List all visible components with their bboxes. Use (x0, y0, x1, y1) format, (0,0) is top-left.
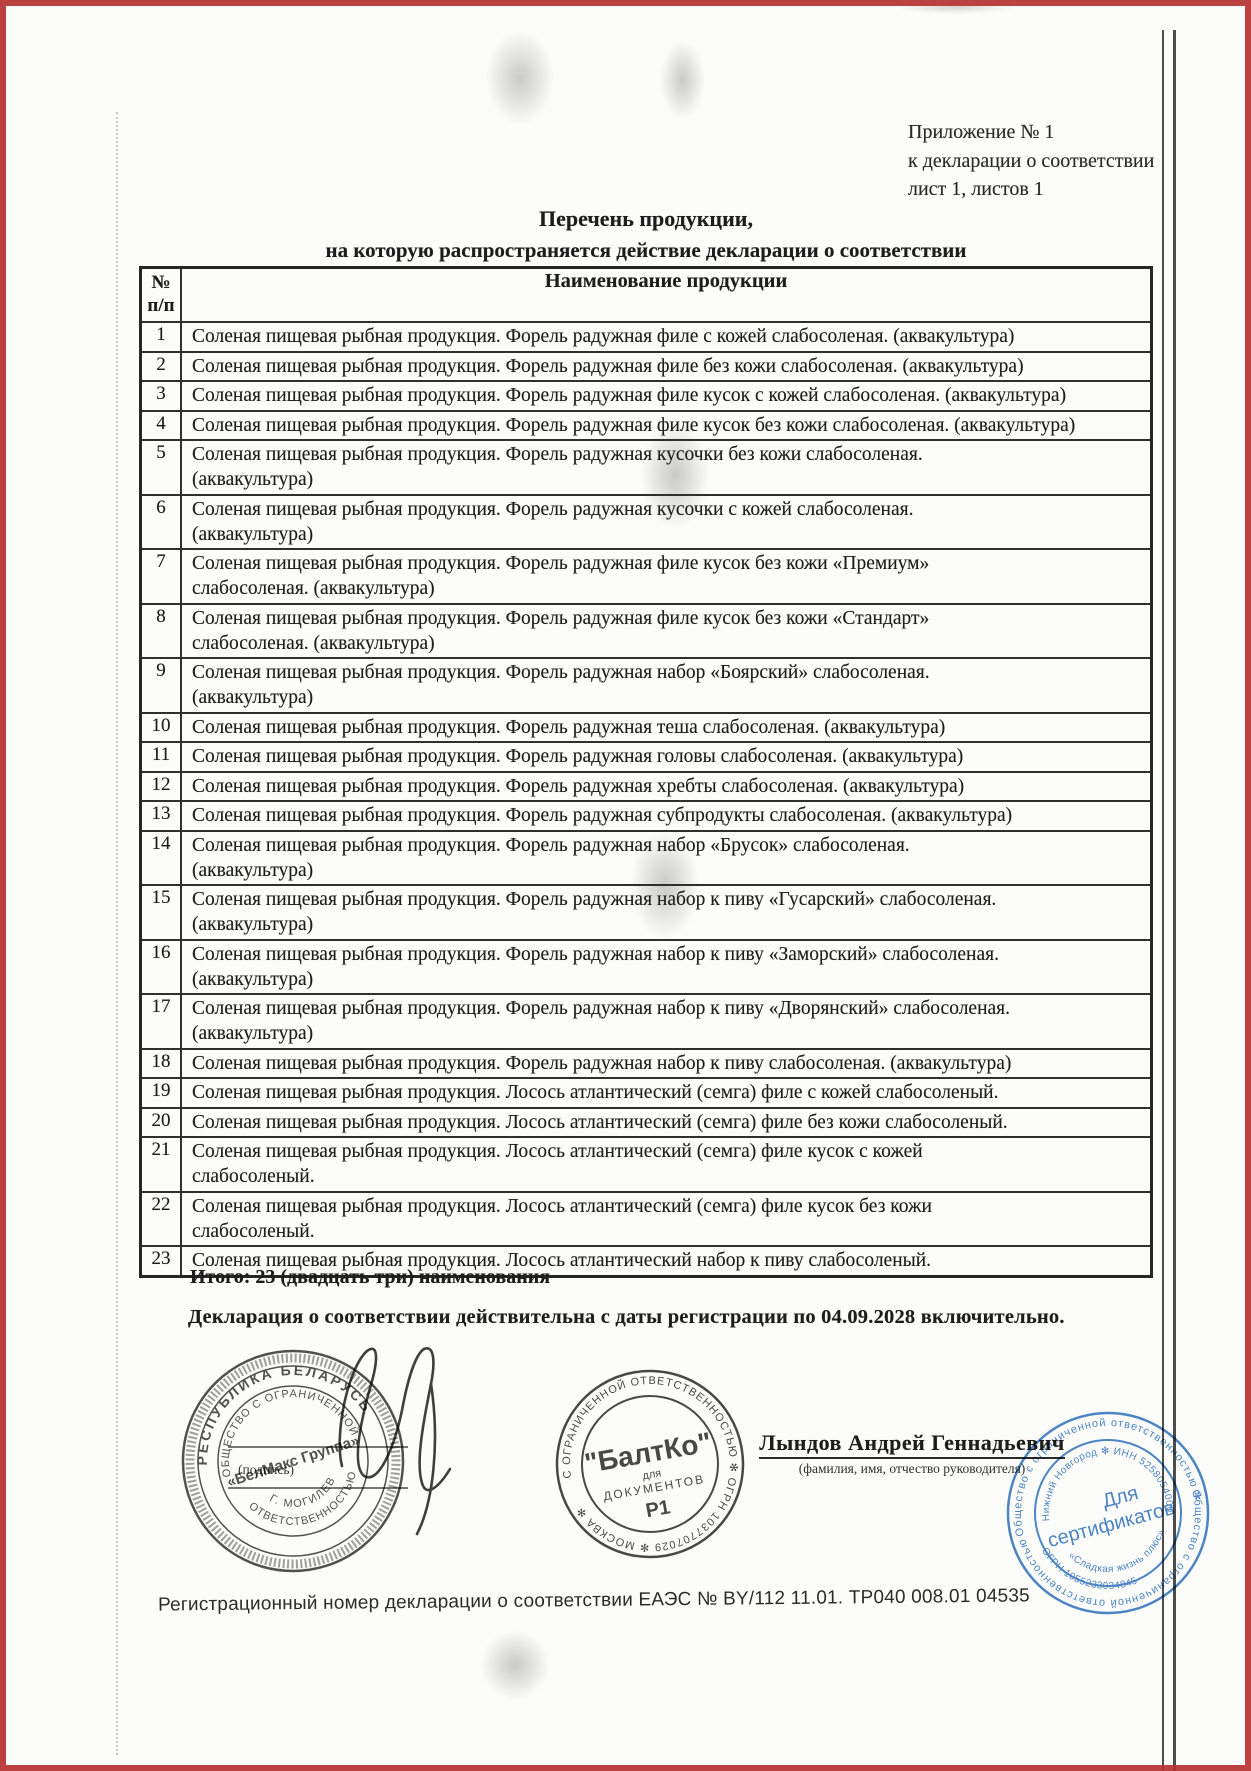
row-number: 18 (141, 1049, 182, 1079)
row-number: 1 (141, 322, 182, 352)
row-product-line: (аквакультура) (192, 467, 1142, 492)
row-product-line: Соленая пищевая рыбная продукция. Форель… (192, 354, 1142, 379)
row-product-name: Соленая пищевая рыбная продукция. Форель… (181, 831, 1152, 886)
row-number: 6 (141, 495, 182, 550)
row-product-name: Соленая пищевая рыбная продукция. Форель… (181, 742, 1152, 772)
row-product-name: Соленая пищевая рыбная продукция. Форель… (181, 352, 1152, 382)
row-product-line: Соленая пищевая рыбная продукция. Форель… (192, 497, 1142, 522)
table-header-name: Наименование продукции (181, 268, 1152, 323)
row-product-line: (аквакультура) (192, 1021, 1142, 1046)
row-number: 13 (141, 801, 182, 831)
row-number: 20 (141, 1108, 182, 1138)
table-row: 4Соленая пищевая рыбная продукция. Форел… (141, 411, 1152, 441)
row-number: 14 (141, 831, 182, 886)
row-product-name: Соленая пищевая рыбная продукция. Форель… (181, 604, 1152, 659)
row-product-line: Соленая пищевая рыбная продукция. Форель… (192, 660, 1142, 685)
row-product-line: слабосоленая. (аквакультура) (192, 631, 1142, 656)
header-num-symbol: № (142, 271, 180, 294)
annex-line-1: Приложение № 1 (908, 118, 1154, 147)
table-row: 12Соленая пищевая рыбная продукция. Форе… (141, 772, 1152, 802)
scan-smudge (895, 0, 1015, 14)
scan-smudge (485, 30, 555, 125)
row-product-line: Соленая пищевая рыбная продукция. Форель… (192, 887, 1142, 912)
row-product-line: Соленая пищевая рыбная продукция. Форель… (192, 774, 1142, 799)
row-product-name: Соленая пищевая рыбная продукция. Форель… (181, 772, 1152, 802)
row-product-line: слабосоленая. (аквакультура) (192, 576, 1142, 601)
row-product-line: Соленая пищевая рыбная продукция. Форель… (192, 996, 1142, 1021)
annex-note: Приложение № 1 к декларации о соответств… (908, 118, 1154, 204)
title-line-1: Перечень продукции, (139, 206, 1153, 232)
annex-line-2: к декларации о соответствии (908, 147, 1154, 176)
row-product-line: Соленая пищевая рыбная продукция. Лосось… (192, 1080, 1142, 1105)
row-number: 23 (141, 1246, 182, 1276)
table-row: 11Соленая пищевая рыбная продукция. Форе… (141, 742, 1152, 772)
registration-number-line: Регистрационный номер декларации о соотв… (158, 1585, 1030, 1616)
row-product-line: (аквакультура) (192, 912, 1142, 937)
row-product-line: (аквакультура) (192, 858, 1142, 883)
row-product-name: Соленая пищевая рыбная продукция. Форель… (181, 658, 1152, 713)
table-row: 19Соленая пищевая рыбная продукция. Лосо… (141, 1078, 1152, 1108)
row-number: 19 (141, 1078, 182, 1108)
totals-line: Итого: 23 (двадцать три) наименования (190, 1266, 550, 1289)
left-margin-line (116, 112, 118, 1755)
row-product-line: Соленая пищевая рыбная продукция. Форель… (192, 803, 1142, 828)
row-product-line: Соленая пищевая рыбная продукция. Форель… (192, 413, 1142, 438)
row-product-name: Соленая пищевая рыбная продукция. Форель… (181, 495, 1152, 550)
table-row: 8Соленая пищевая рыбная продукция. Форел… (141, 604, 1152, 659)
row-product-line: Соленая пищевая рыбная продукция. Форель… (192, 606, 1142, 631)
table-header-num: № п/п (141, 268, 182, 323)
row-number: 5 (141, 440, 182, 495)
row-product-line: Соленая пищевая рыбная продукция. Лосось… (192, 1194, 1142, 1219)
row-product-line: Соленая пищевая рыбная продукция. Форель… (192, 324, 1142, 349)
table-row: 6Соленая пищевая рыбная продукция. Форел… (141, 495, 1152, 550)
row-product-line: Соленая пищевая рыбная продукция. Лосось… (192, 1110, 1142, 1135)
row-number: 10 (141, 713, 182, 743)
table-row: 18Соленая пищевая рыбная продукция. Форе… (141, 1049, 1152, 1079)
row-number: 11 (141, 742, 182, 772)
row-product-line: Соленая пищевая рыбная продукция. Форель… (192, 833, 1142, 858)
row-product-line: слабосоленый. (192, 1219, 1142, 1244)
table-row: 21Соленая пищевая рыбная продукция. Лосо… (141, 1137, 1152, 1192)
row-number: 22 (141, 1192, 182, 1247)
row-number: 4 (141, 411, 182, 441)
annex-line-3: лист 1, листов 1 (908, 175, 1154, 204)
row-product-name: Соленая пищевая рыбная продукция. Форель… (181, 411, 1152, 441)
document-page: Приложение № 1 к декларации о соответств… (0, 0, 1251, 1771)
table-row: 15Соленая пищевая рыбная продукция. Форе… (141, 885, 1152, 940)
row-product-name: Соленая пищевая рыбная продукция. Лосось… (181, 1108, 1152, 1138)
scan-smudge (660, 40, 705, 120)
row-product-line: Соленая пищевая рыбная продукция. Форель… (192, 1051, 1142, 1076)
row-number: 9 (141, 658, 182, 713)
row-product-line: Соленая пищевая рыбная продукция. Форель… (192, 442, 1142, 467)
row-product-line: Соленая пищевая рыбная продукция. Форель… (192, 715, 1142, 740)
table-row: 10Соленая пищевая рыбная продукция. Форе… (141, 713, 1152, 743)
row-product-name: Соленая пищевая рыбная продукция. Форель… (181, 885, 1152, 940)
row-product-line: (аквакультура) (192, 522, 1142, 547)
title-line-2: на которую распространяется действие дек… (139, 237, 1153, 263)
row-number: 12 (141, 772, 182, 802)
table-row: 7Соленая пищевая рыбная продукция. Форел… (141, 549, 1152, 604)
table-row: 2Соленая пищевая рыбная продукция. Форел… (141, 352, 1152, 382)
row-number: 16 (141, 940, 182, 995)
table-row: 1Соленая пищевая рыбная продукция. Форел… (141, 322, 1152, 352)
table-row: 9Соленая пищевая рыбная продукция. Форел… (141, 658, 1152, 713)
row-product-name: Соленая пищевая рыбная продукция. Форель… (181, 1049, 1152, 1079)
row-number: 2 (141, 352, 182, 382)
validity-line: Декларация о соответствии действительна … (188, 1306, 1065, 1329)
row-product-name: Соленая пищевая рыбная продукция. Лосось… (181, 1192, 1152, 1247)
row-product-line: Соленая пищевая рыбная продукция. Форель… (192, 744, 1142, 769)
document-title: Перечень продукции, на которую распростр… (139, 206, 1153, 263)
table-row: 17Соленая пищевая рыбная продукция. Форе… (141, 994, 1152, 1049)
row-product-name: Соленая пищевая рыбная продукция. Лосось… (181, 1137, 1152, 1192)
table-row: 13Соленая пищевая рыбная продукция. Форе… (141, 801, 1152, 831)
row-number: 3 (141, 381, 182, 411)
row-number: 21 (141, 1137, 182, 1192)
row-product-name: Соленая пищевая рыбная продукция. Форель… (181, 801, 1152, 831)
row-product-line: Соленая пищевая рыбная продукция. Лосось… (192, 1139, 1142, 1164)
row-product-name: Соленая пищевая рыбная продукция. Форель… (181, 440, 1152, 495)
row-product-line: слабосоленый. (192, 1164, 1142, 1189)
signature-scribble (312, 1338, 482, 1543)
row-product-line: (аквакультура) (192, 685, 1142, 710)
table-row: 22Соленая пищевая рыбная продукция. Лосо… (141, 1192, 1152, 1247)
baltko-stamp: С ОГРАНИЧЕННОЙ ОТВЕТСТВЕННОСТЬЮ ✻ ОГРН 1… (534, 1348, 766, 1580)
row-number: 17 (141, 994, 182, 1049)
table-header-row: № п/п Наименование продукции (141, 268, 1152, 323)
row-product-name: Соленая пищевая рыбная продукция. Лосось… (181, 1078, 1152, 1108)
table-row: 3Соленая пищевая рыбная продукция. Форел… (141, 381, 1152, 411)
row-product-name: Соленая пищевая рыбная продукция. Форель… (181, 381, 1152, 411)
row-product-line: (аквакультура) (192, 967, 1142, 992)
row-number: 8 (141, 604, 182, 659)
table-row: 20Соленая пищевая рыбная продукция. Лосо… (141, 1108, 1152, 1138)
row-product-name: Соленая пищевая рыбная продукция. Форель… (181, 713, 1152, 743)
table-row: 14Соленая пищевая рыбная продукция. Форе… (141, 831, 1152, 886)
row-product-line: Соленая пищевая рыбная продукция. Форель… (192, 383, 1142, 408)
table-row: 16Соленая пищевая рыбная продукция. Форе… (141, 940, 1152, 995)
row-product-name: Соленая пищевая рыбная продукция. Форель… (181, 940, 1152, 995)
row-product-name: Соленая пищевая рыбная продукция. Форель… (181, 994, 1152, 1049)
row-product-line: Соленая пищевая рыбная продукция. Форель… (192, 551, 1142, 576)
row-number: 15 (141, 885, 182, 940)
row-product-name: Соленая пищевая рыбная продукция. Форель… (181, 549, 1152, 604)
scan-smudge (480, 1630, 550, 1700)
row-product-line: Соленая пищевая рыбная продукция. Форель… (192, 942, 1142, 967)
product-table: № п/п Наименование продукции 1Соленая пи… (139, 266, 1153, 1278)
row-product-name: Соленая пищевая рыбная продукция. Форель… (181, 322, 1152, 352)
product-table-body: 1Соленая пищевая рыбная продукция. Форел… (141, 322, 1152, 1276)
stamp-text-p1: Р1 (644, 1496, 672, 1522)
header-num-pp: п/п (142, 294, 180, 317)
row-number: 7 (141, 549, 182, 604)
table-row: 5Соленая пищевая рыбная продукция. Форел… (141, 440, 1152, 495)
